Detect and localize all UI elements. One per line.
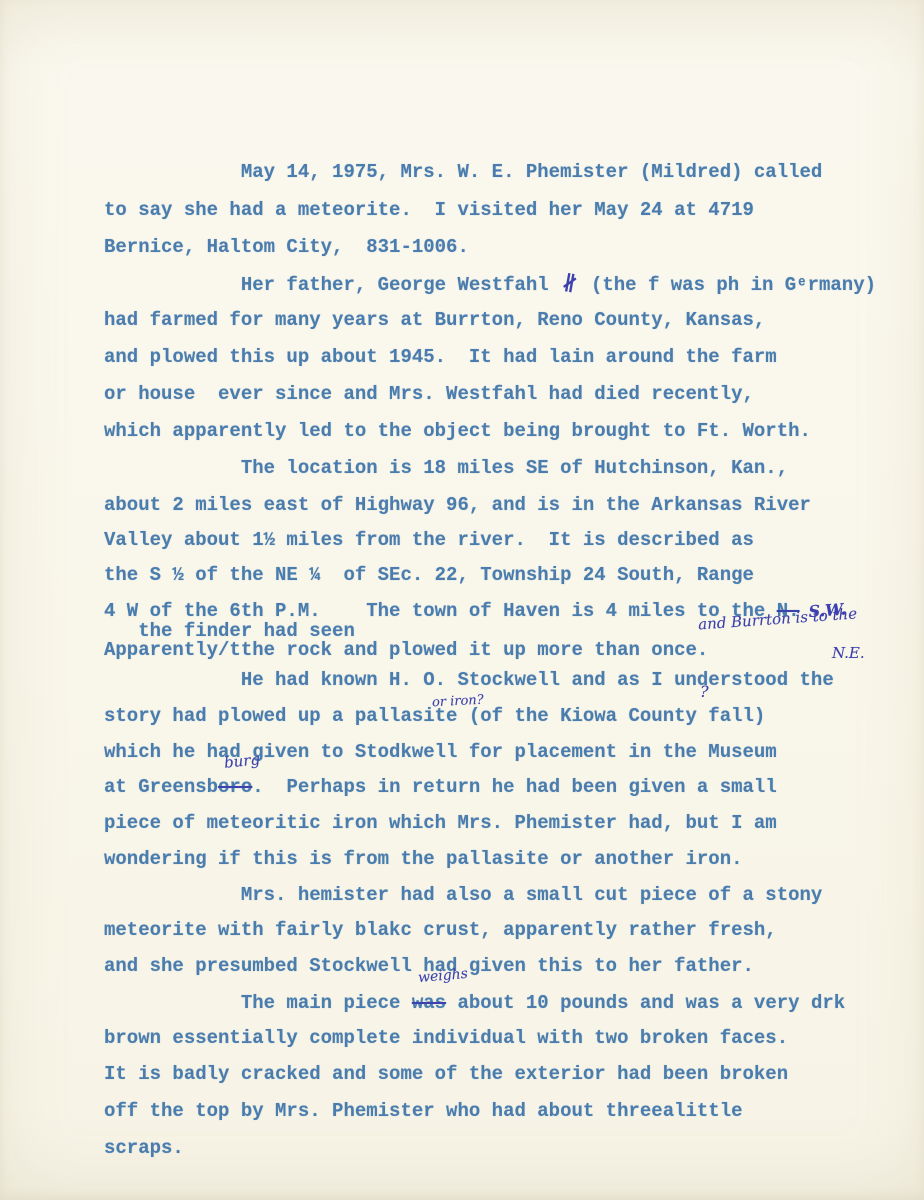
typed-text: May 14, 1975, Mrs. W. E. Phemister (Mild… — [104, 161, 822, 183]
typed-text: Valley about 1½ miles from the river. It… — [104, 529, 754, 551]
typed-text: to say she had a meteorite. I visited he… — [104, 199, 754, 221]
typed-text: Apparently/tthe rock and plowed it up mo… — [104, 639, 708, 661]
typed-text: Bernice, Haltom City, 831-1006. — [104, 236, 469, 258]
typed-text: piece of meteoritic iron which Mrs. Phem… — [104, 812, 777, 834]
typed-line: which apparently led to the object being… — [104, 419, 811, 443]
typed-text: about 10 pounds and was a very drk — [446, 992, 845, 1014]
typed-line: The location is 18 miles SE of Hutchinso… — [104, 456, 788, 480]
handwritten-correction-burg: burg — [223, 750, 261, 772]
typed-text: brown essentially complete individual wi… — [104, 1027, 788, 1049]
typed-line: He had known H. O. Stockwell and as I un… — [104, 668, 834, 692]
struck-text: oro — [218, 776, 252, 798]
typed-line: and plowed this up about 1945. It had la… — [104, 345, 777, 369]
typed-text: . Perhaps in return he had been given a … — [252, 776, 777, 798]
typed-line: the S ½ of the NE ¼ of SEc. 22, Township… — [104, 563, 754, 587]
typed-text: which apparently led to the object being… — [104, 420, 811, 442]
scanned-document-page: May 14, 1975, Mrs. W. E. Phemister (Mild… — [0, 0, 924, 1200]
handwritten-insert-mark: ∦ — [560, 270, 579, 296]
typed-line: May 14, 1975, Mrs. W. E. Phemister (Mild… — [104, 160, 822, 184]
typed-text: wondering if this is from the pallasite … — [104, 848, 743, 870]
typed-line: which he had given to Stodkwell for plac… — [104, 740, 777, 764]
typed-line: Valley about 1½ miles from the river. It… — [104, 528, 754, 552]
typed-line: at Greensboro. Perhaps in return he had … — [104, 775, 777, 799]
handwritten-annotation-ne: N.E. — [832, 644, 865, 662]
typed-line: to say she had a meteorite. I visited he… — [104, 198, 754, 222]
typed-text: off the top by Mrs. Phemister who had ab… — [104, 1100, 743, 1122]
typed-line: Her father, George Westfahl ∦ (the f was… — [104, 271, 876, 297]
handwritten-correction-weighs: weighs — [417, 966, 468, 986]
handwritten-question-mark: ? — [700, 682, 709, 701]
typed-text: meteorite with fairly blakc crust, appar… — [104, 919, 777, 941]
typed-line: brown essentially complete individual wi… — [104, 1026, 788, 1050]
typed-line: or house ever since and Mrs. Westfahl ha… — [104, 382, 754, 406]
typed-text: The main piece — [104, 992, 412, 1014]
typed-text: He had known H. O. Stockwell and as I un… — [104, 669, 834, 691]
typed-text: about 2 miles east of Highway 96, and is… — [104, 494, 811, 516]
typed-text: and plowed this up about 1945. It had la… — [104, 346, 777, 368]
typed-line: Mrs. hemister had also a small cut piece… — [104, 883, 822, 907]
typed-line: had farmed for many years at Burrton, Re… — [104, 308, 765, 332]
typed-line: Apparently/tthe rock and plowed it up mo… — [104, 638, 708, 662]
typed-text: Mrs. hemister had also a small cut piece… — [104, 884, 822, 906]
typed-text: Her father, George Westfahl — [104, 274, 560, 296]
typed-text: at Greensb — [104, 776, 218, 798]
typed-text: scraps. — [104, 1137, 184, 1159]
typed-line: off the top by Mrs. Phemister who had ab… — [104, 1099, 743, 1123]
typed-line: scraps. — [104, 1136, 184, 1160]
struck-text: was — [412, 992, 446, 1014]
typed-text: The location is 18 miles SE of Hutchinso… — [104, 457, 788, 479]
typed-line: Bernice, Haltom City, 831-1006. — [104, 235, 469, 259]
typed-text: It is badly cracked and some of the exte… — [104, 1063, 788, 1085]
handwritten-annotation-or-iron: or iron? — [432, 693, 484, 711]
typed-text: the S ½ of the NE ¼ of SEc. 22, Township… — [104, 564, 754, 586]
typed-line: The main piece was about 10 pounds and w… — [104, 991, 845, 1015]
typed-line: piece of meteoritic iron which Mrs. Phem… — [104, 811, 777, 835]
typed-line: meteorite with fairly blakc crust, appar… — [104, 918, 777, 942]
typed-text: had farmed for many years at Burrton, Re… — [104, 309, 765, 331]
typed-line: It is badly cracked and some of the exte… — [104, 1062, 788, 1086]
typed-line: about 2 miles east of Highway 96, and is… — [104, 493, 811, 517]
typed-line: wondering if this is from the pallasite … — [104, 847, 743, 871]
typed-text: or house ever since and Mrs. Westfahl ha… — [104, 383, 754, 405]
typed-text: which he had given to Stodkwell for plac… — [104, 741, 777, 763]
typed-text: (the f was ph in Gᵉrmany) — [580, 274, 876, 296]
